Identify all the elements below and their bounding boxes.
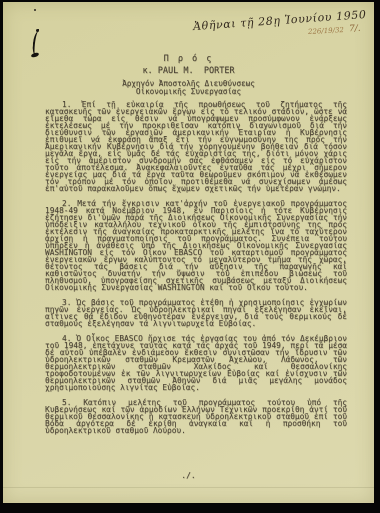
recipient-name: κ. PAUL M. PORTER [3,66,374,76]
body-paragraph-5: 5. Κατόπιν μελέτης τοῦ προγράμματος τούτ… [45,399,347,434]
body-paragraph-2: 2. Μετά τήν ἔγκρισιν κατ'ἀρχήν τοῦ ἐνεργ… [45,200,347,291]
continuation-mark: ./. [3,471,374,480]
document-page: Ἀθῆναι τῇ 28ῃ Ἰουνίου 1950 226/19/32 7/.… [3,2,374,503]
archive-reference: 226/19/32 [308,26,344,36]
page-reference: 7/. [349,24,361,34]
body-paragraph-1: 1. Ἐπί τῇ εὐκαιρίᾳ τῆς προωθήσεως τοῦ ζη… [45,101,347,192]
letter-body: 1. Ἐπί τῇ εὐκαιρίᾳ τῆς προωθήσεως τοῦ ζη… [45,101,347,442]
to-label: Π ρ ό ς [3,54,374,64]
photo-border: Ἀθῆναι τῇ 28ῃ Ἰουνίου 1950 226/19/32 7/.… [0,0,380,513]
letter-header: Π ρ ό ς κ. PAUL M. PORTER Ἀρχηγόν Ἀποστο… [3,54,374,96]
recipient-title-line2: Οἰκονομικῆς Συνεργασίας [3,88,374,96]
body-paragraph-3: 3. Ὡς βάσις τοῦ προγράμματος ἐτέθη ἡ χρη… [45,299,347,327]
paper-crease [3,487,374,488]
ink-mark [34,9,36,11]
body-paragraph-4: 4. Ὁ Οἶκος EBASCO ἤρχισε τάς ἐργασίας το… [45,335,347,391]
